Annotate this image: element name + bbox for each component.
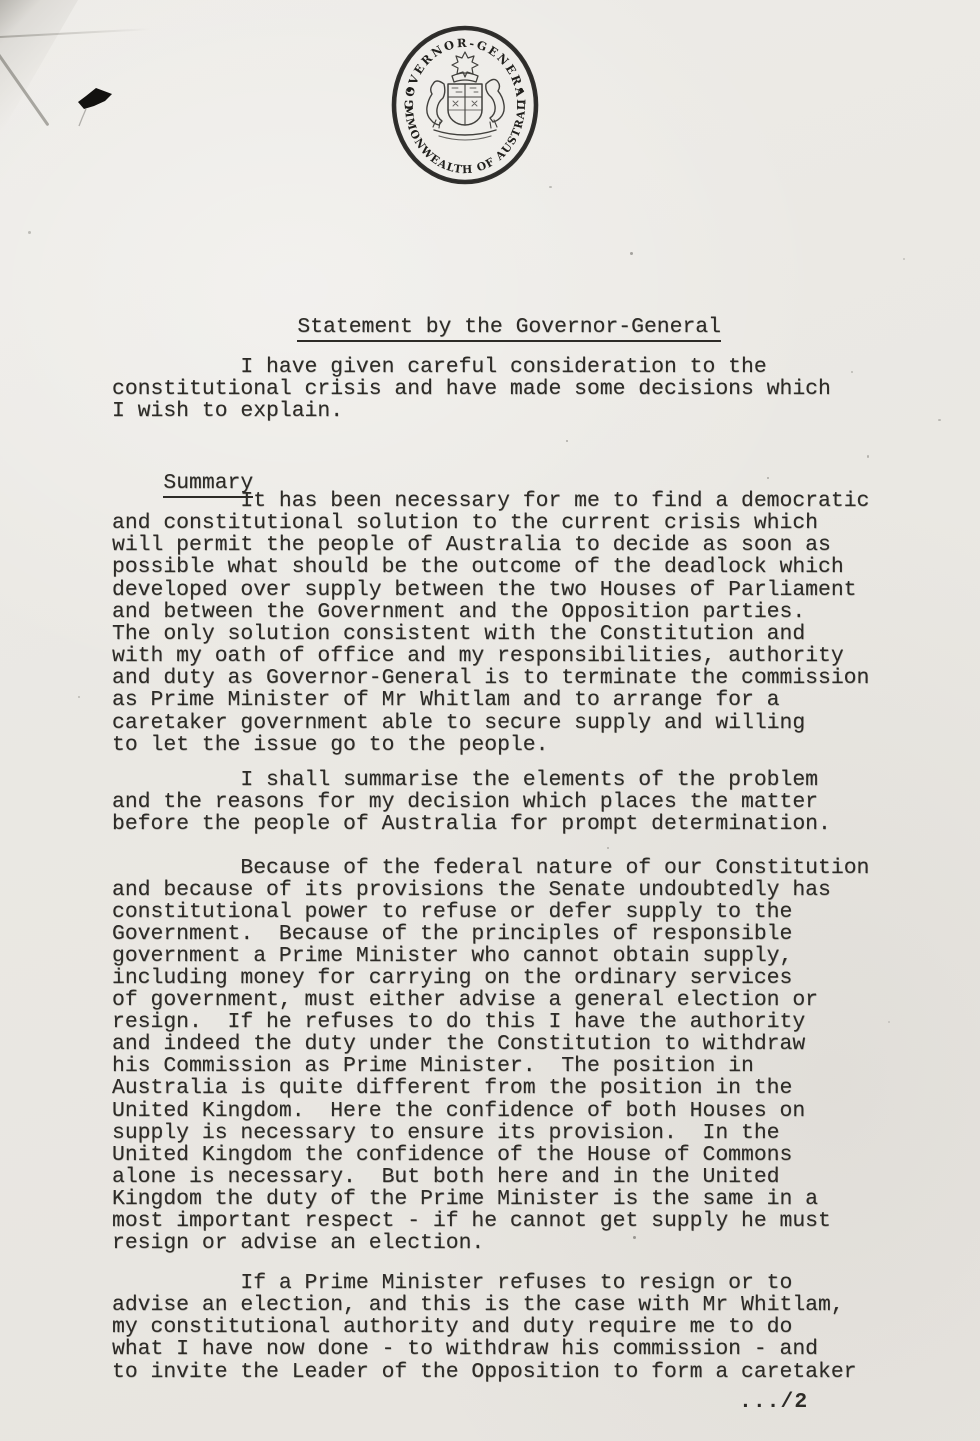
ink-blot-mark: [72, 84, 120, 128]
scan-edge-line: [0, 28, 150, 38]
scan-crease-line: [0, 53, 49, 127]
seal-left-dot: [407, 88, 411, 92]
governor-general-seal: GOVERNOR-GENERAL COMMONWEALTH OF AUSTRAL…: [378, 20, 552, 192]
summary-paragraph-2: I shall summarise the elements of the pr…: [112, 769, 912, 835]
document-title: Statement by the Governor-General: [246, 294, 721, 364]
body-paragraph-2: If a Prime Minister refuses to resign or…: [112, 1272, 912, 1383]
seal-right-dot: [519, 88, 523, 92]
coat-of-arms: [427, 52, 504, 140]
body-paragraph-1: Because of the federal nature of our Con…: [112, 857, 912, 1254]
summary-paragraph-1: It has been necessary for me to find a d…: [112, 490, 912, 756]
scanned-document-page: GOVERNOR-GENERAL COMMONWEALTH OF AUSTRAL…: [0, 0, 980, 1441]
page-number: .../2: [739, 1390, 808, 1414]
intro-paragraph: I have given careful consideration to th…: [112, 356, 912, 422]
